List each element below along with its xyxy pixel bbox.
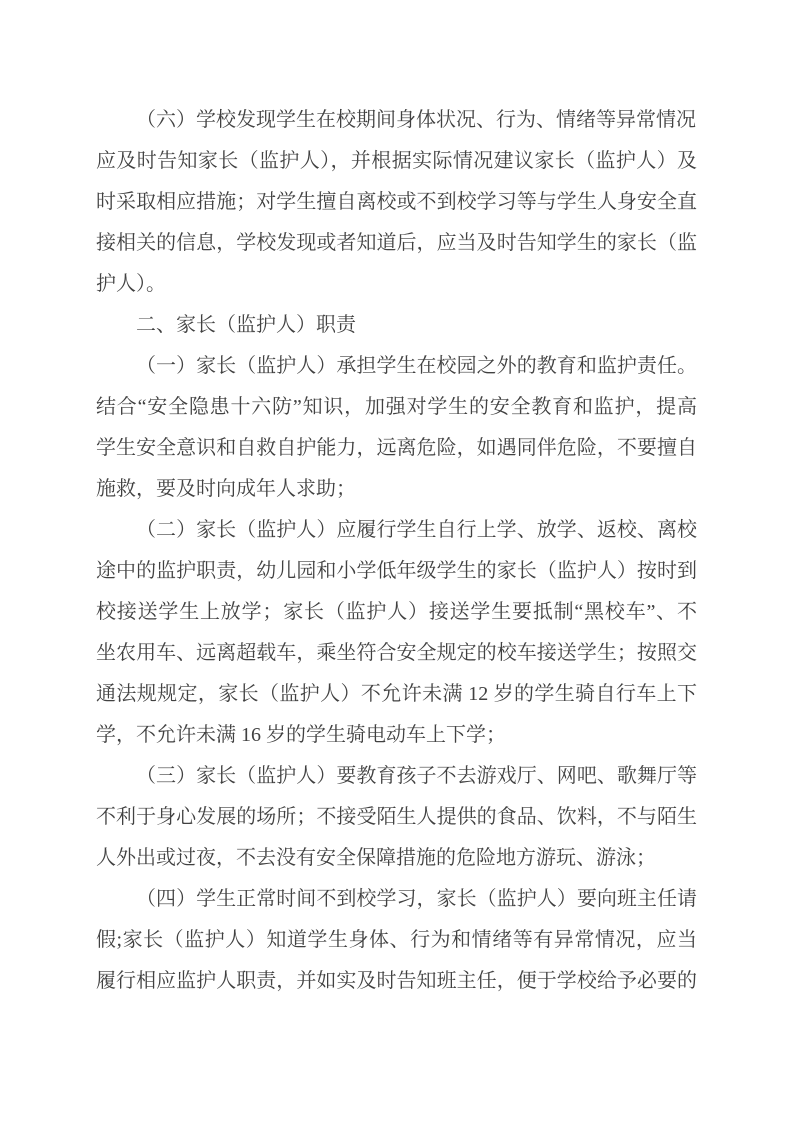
text-line: 结合“安全隐患十六防”知识，加强对学生的安全教育和监护，提高 bbox=[96, 387, 697, 428]
text-line: 人外出或过夜，不去没有安全保障措施的危险地方游玩、游泳； bbox=[96, 838, 697, 879]
paragraph-6-school-notification: （六）学校发现学生在校期间身体状况、行为、情绪等异常情况， 应及时告知家长（监护… bbox=[96, 100, 697, 305]
paragraph-4-leave-request: （四）学生正常时间不到校学习，家长（监护人）要向班主任请 假;家长（监护人）知道… bbox=[96, 879, 697, 1002]
text-line: （六）学校发现学生在校期间身体状况、行为、情绪等异常情况， bbox=[96, 100, 697, 141]
section-heading-guardian-duties: 二、家长（监护人）职责 bbox=[96, 305, 697, 346]
text-line: 护人）。 bbox=[96, 264, 697, 305]
text-line: （三）家长（监护人）要教育孩子不去游戏厅、网吧、歌舞厅等 bbox=[96, 756, 697, 797]
paragraph-3-dangerous-places: （三）家长（监护人）要教育孩子不去游戏厅、网吧、歌舞厅等 不利于身心发展的场所；… bbox=[96, 756, 697, 879]
paragraph-1-guardian-education: （一）家长（监护人）承担学生在校园之外的教育和监护责任。 结合“安全隐患十六防”… bbox=[96, 346, 697, 510]
text-line: （四）学生正常时间不到校学习，家长（监护人）要向班主任请 bbox=[96, 879, 697, 920]
text-line: 途中的监护职责，幼儿园和小学低年级学生的家长（监护人）按时到 bbox=[96, 551, 697, 592]
text-line: 通法规规定，家长（监护人）不允许未满 12 岁的学生骑自行车上下 bbox=[96, 674, 697, 715]
page-text-content: （六）学校发现学生在校期间身体状况、行为、情绪等异常情况， 应及时告知家长（监护… bbox=[96, 100, 697, 1002]
text-line: 应及时告知家长（监护人），并根据实际情况建议家长（监护人）及 bbox=[96, 141, 697, 182]
text-line: 施救，要及时向成年人求助； bbox=[96, 469, 697, 510]
text-line: 校接送学生上放学；家长（监护人）接送学生要抵制“黑校车”、不 bbox=[96, 592, 697, 633]
text-line: 接相关的信息，学校发现或者知道后，应当及时告知学生的家长（监 bbox=[96, 223, 697, 264]
text-line: 学，不允许未满 16 岁的学生骑电动车上下学； bbox=[96, 715, 697, 756]
text-line: 学生安全意识和自救自护能力，远离危险，如遇同伴危险，不要擅自 bbox=[96, 428, 697, 469]
document-page: （六）学校发现学生在校期间身体状况、行为、情绪等异常情况， 应及时告知家长（监护… bbox=[0, 0, 793, 1122]
paragraph-2-commute-supervision: （二）家长（监护人）应履行学生自行上学、放学、返校、离校 途中的监护职责，幼儿园… bbox=[96, 510, 697, 756]
text-line: 履行相应监护人职责，并如实及时告知班主任，便于学校给予必要的 bbox=[96, 961, 697, 1002]
text-line: 坐农用车、远离超载车，乘坐符合安全规定的校车接送学生；按照交 bbox=[96, 633, 697, 674]
text-line: 时采取相应措施；对学生擅自离校或不到校学习等与学生人身安全直 bbox=[96, 182, 697, 223]
text-line: （二）家长（监护人）应履行学生自行上学、放学、返校、离校 bbox=[96, 510, 697, 551]
text-line: 不利于身心发展的场所；不接受陌生人提供的食品、饮料，不与陌生 bbox=[96, 797, 697, 838]
text-line: （一）家长（监护人）承担学生在校园之外的教育和监护责任。 bbox=[96, 346, 697, 387]
text-line: 假;家长（监护人）知道学生身体、行为和情绪等有异常情况，应当 bbox=[96, 920, 697, 961]
section-heading-text: 二、家长（监护人）职责 bbox=[96, 305, 697, 346]
